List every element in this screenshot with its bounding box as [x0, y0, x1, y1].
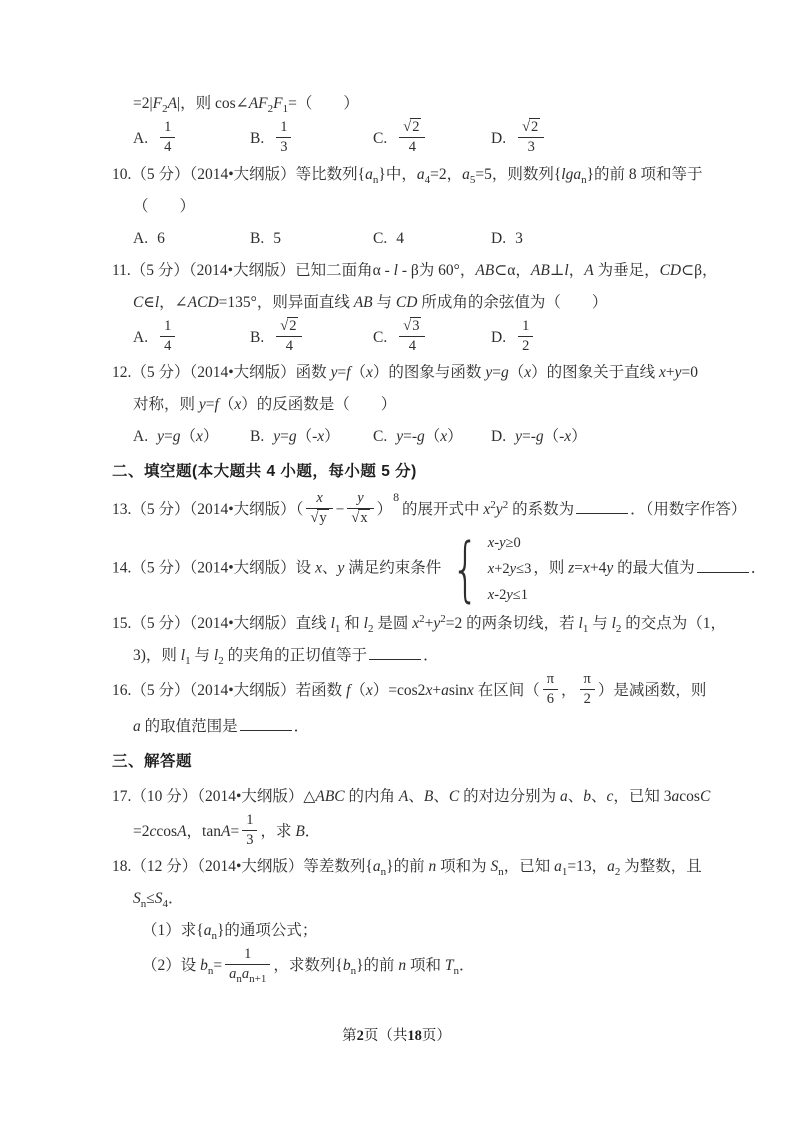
- text-run: 满足约束条件: [344, 560, 441, 577]
- option-b: B.5: [250, 223, 373, 255]
- text-run: =5，则数列{: [475, 166, 561, 183]
- text-run: sin: [449, 682, 467, 699]
- fraction: 13: [276, 118, 291, 157]
- text-run: =: [230, 823, 239, 840]
- text-run: ≤3: [516, 561, 531, 577]
- fraction-denominator: 4: [160, 138, 175, 157]
- text-run: ）: [324, 421, 340, 453]
- math-var-base: a: [373, 858, 381, 875]
- q14-line-1: 14.（5 分）（2014•大纲版）设 x、y 满足约束条件{x-y≥0x+2y…: [112, 530, 763, 608]
- fraction-denominator: 4: [276, 337, 302, 356]
- text-run: ）是减函数，则: [598, 682, 707, 699]
- math-var: C: [449, 788, 459, 805]
- text-run: =: [574, 560, 583, 577]
- text-run: 为垂足，: [594, 262, 660, 279]
- footer-text: 页）: [422, 1028, 451, 1044]
- math-var: x: [564, 421, 571, 453]
- math-var: F2: [258, 95, 273, 112]
- text-run: }中，: [378, 166, 416, 183]
- fraction-denominator: 3: [518, 138, 544, 157]
- footer-text: 页（共: [364, 1028, 408, 1044]
- math-var: b: [583, 788, 591, 805]
- math-var: an: [204, 922, 217, 939]
- fraction-numerator: π: [580, 670, 595, 690]
- fraction: √24: [399, 118, 425, 157]
- text-run: 6: [157, 223, 165, 255]
- text-run: 6: [547, 691, 554, 707]
- text-run: 12.（5 分）（2014•大纲版）函数: [112, 364, 331, 381]
- text-run: }的前: [356, 957, 398, 974]
- text-run: =2: [133, 823, 150, 840]
- radical: √3: [403, 317, 421, 334]
- math-var-base: T: [445, 957, 454, 974]
- option-a: A.y=g（x）: [133, 421, 250, 453]
- math-var: ABC: [315, 788, 344, 805]
- radicand: x: [358, 509, 369, 526]
- option-label: C.: [373, 123, 387, 155]
- math-var: x: [196, 421, 203, 453]
- option-c: C.√34: [373, 319, 491, 358]
- math-var: g: [173, 421, 181, 453]
- fraction-denominator: 6: [543, 690, 558, 709]
- option-d: D.y=-g（-x）: [491, 421, 587, 453]
- text-run: 、: [322, 560, 338, 577]
- text-run: （: [180, 421, 196, 453]
- math-var: x: [659, 364, 666, 381]
- math-var: A: [249, 95, 258, 112]
- option-label: C.: [373, 322, 387, 354]
- fraction: y√x: [347, 489, 373, 528]
- text-run: 的展开式中: [398, 501, 483, 518]
- option-d: D.√23: [491, 120, 547, 159]
- text-run: ≤1: [513, 587, 528, 603]
- text-run: （: [509, 364, 525, 381]
- math-var: an: [373, 858, 386, 875]
- fraction-numerator: 1: [518, 317, 533, 337]
- answer-blank: [576, 498, 628, 514]
- text-run: 14.（5 分）（2014•大纲版）设: [112, 560, 315, 577]
- math-var: AB: [531, 262, 550, 279]
- math-var: l1: [331, 615, 341, 632]
- math-var-base: b: [200, 957, 208, 974]
- text-run: ．: [168, 890, 184, 907]
- option-label: B.: [250, 123, 264, 155]
- text-run: ）的反函数是（ ）: [241, 396, 396, 413]
- math-var: g: [417, 421, 425, 453]
- answer-blank: [369, 644, 421, 660]
- fraction-numerator: √3: [399, 317, 425, 337]
- radicand: 3: [410, 317, 421, 334]
- text-run: 4: [409, 139, 416, 155]
- math-var: x: [467, 682, 474, 699]
- fraction: 12: [518, 317, 533, 356]
- text-run: =13，: [567, 858, 607, 875]
- fraction: x√y: [306, 489, 332, 528]
- math-var: F1: [273, 95, 288, 112]
- text-run: =: [280, 421, 289, 453]
- math-var: a2: [607, 858, 620, 875]
- text-run: 10.（5 分）（2014•大纲版）等比数列{: [112, 166, 365, 183]
- text-run: ）: [571, 421, 587, 453]
- radicand: 2: [287, 317, 298, 334]
- text-run: 三、解答题: [112, 753, 192, 770]
- math-var: x: [317, 421, 324, 453]
- text-run: ．: [423, 647, 439, 664]
- text-run: 4: [286, 338, 293, 354]
- text-run: 3: [280, 139, 287, 155]
- fraction-numerator: 1: [160, 118, 175, 138]
- text-run: （: [351, 364, 367, 381]
- q17-line-2: =2ccosA，tanA=13，求 B．: [133, 813, 763, 852]
- radical-sign: √: [522, 119, 529, 135]
- text-run: =: [206, 396, 215, 413]
- text-run: ，∠: [159, 294, 188, 311]
- fraction-numerator: √2: [276, 317, 302, 337]
- radicand: 2: [410, 118, 421, 135]
- option-d: D.12: [491, 319, 536, 358]
- text-run: ，求数列{: [273, 957, 342, 974]
- text-run: ，求: [260, 823, 295, 840]
- q11-line-2: C∈l，∠ACD=135°，则异面直线 AB 与 CD 所成角的余弦值为（ ）: [133, 287, 763, 319]
- text-run: ．: [459, 957, 475, 974]
- math-var: an: [229, 966, 242, 982]
- text-run: }的前: [386, 858, 428, 875]
- fraction-denominator: 3: [242, 831, 257, 850]
- math-var: x: [440, 421, 447, 453]
- fraction-denominator: anan+1: [225, 965, 270, 984]
- math-var: y2: [433, 615, 445, 632]
- text-run: cos: [156, 823, 177, 840]
- math-var: an: [365, 166, 378, 183]
- fraction: √34: [399, 317, 425, 356]
- fraction-denominator: 2: [580, 690, 595, 709]
- fraction-numerator: √2: [399, 118, 425, 138]
- math-var: x: [366, 682, 373, 699]
- text-run: π: [584, 671, 591, 687]
- option-b: B.13: [250, 120, 373, 159]
- text-run: 5: [273, 223, 281, 255]
- text-run: 4: [164, 139, 171, 155]
- math-var: l1: [579, 615, 589, 632]
- total-pages: 18: [407, 1028, 422, 1044]
- math-var: Tn: [445, 957, 459, 974]
- text-run: 2: [584, 691, 591, 707]
- text-run: =: [213, 957, 222, 974]
- math-var: x: [583, 560, 590, 577]
- answer-blank: [240, 715, 292, 731]
- text-run: （1）求{: [142, 922, 204, 939]
- option-label: D.: [491, 421, 506, 453]
- fraction-numerator: √2: [518, 118, 544, 138]
- text-run: 的系数为: [508, 501, 574, 518]
- text-run: 18.（12 分）（2014•大纲版）等差数列{: [112, 858, 373, 875]
- text-run: ，已知: [504, 858, 554, 875]
- text-run: −: [336, 501, 345, 518]
- text-run: 的对边分别为: [459, 788, 560, 805]
- text-run: ，: [569, 262, 585, 279]
- text-run: 3: [515, 223, 523, 255]
- text-run: ．: [294, 718, 310, 735]
- text-run: ）的图象关于直线: [531, 364, 659, 381]
- math-var: an+1: [242, 966, 266, 982]
- fraction-numerator: 1: [225, 945, 270, 965]
- math-var: C: [700, 788, 710, 805]
- option-label: D.: [491, 123, 506, 155]
- text-run: ，: [561, 682, 577, 699]
- math-var: AB: [475, 262, 494, 279]
- q10-line-2: （ ）: [133, 191, 763, 223]
- math-var: Sn: [133, 890, 146, 907]
- math-var-base: F: [258, 95, 267, 112]
- text-run: 15.（5 分）（2014•大纲版）直线: [112, 615, 331, 632]
- option-c: C.√24: [373, 120, 491, 159]
- math-var: l2: [214, 647, 224, 664]
- text-run: +2: [494, 561, 509, 577]
- text-run: - β为 60°，: [398, 262, 475, 279]
- math-var: a: [441, 682, 449, 699]
- section-2-heading: 二、填空题(本大题共 4 小题，每小题 5 分): [112, 455, 763, 489]
- fraction-numerator: 1: [276, 118, 291, 138]
- text-run: （: [425, 421, 441, 453]
- fraction-denominator: √x: [347, 509, 373, 528]
- math-var: B: [424, 788, 433, 805]
- text-run: 3: [246, 832, 253, 848]
- text-run: ）=cos2: [373, 682, 426, 699]
- text-run: =: [492, 364, 501, 381]
- option-label: B.: [250, 322, 264, 354]
- math-var-base: S: [133, 890, 141, 907]
- text-run: +4: [590, 560, 607, 577]
- text-run: +: [666, 364, 675, 381]
- math-var: y: [675, 364, 682, 381]
- text-run: 4: [409, 338, 416, 354]
- option-label: A.: [133, 322, 148, 354]
- math-var: y: [515, 421, 522, 453]
- text-run: 在区间（: [474, 682, 540, 699]
- option-b: B.√24: [250, 319, 373, 358]
- q10-line-1: 10.（5 分）（2014•大纲版）等比数列{an}中，a4=2，a5=5，则数…: [112, 159, 763, 191]
- text-run: =2，: [430, 166, 462, 183]
- fraction: π6: [543, 670, 558, 709]
- text-run: 1: [244, 946, 251, 962]
- q16-line-2: a 的取值范围是．: [133, 711, 763, 743]
- math-var: CD: [660, 262, 682, 279]
- q18-item-1: （1）求{an}的通项公式；: [142, 915, 763, 947]
- option-label: A.: [133, 421, 148, 453]
- q15-line-2: 3)，则 l1 与 l2 的夹角的正切值等于．: [133, 640, 763, 672]
- text-run: 11.（5 分）（2014•大纲版）已知二面角α -: [112, 262, 394, 279]
- math-var: A: [168, 95, 177, 112]
- text-run: 4: [164, 338, 171, 354]
- math-var: x: [315, 560, 322, 577]
- text-run: ∈: [143, 294, 154, 311]
- text-run: 的取值范围是: [141, 718, 238, 735]
- exam-page-content: =2|F2A|，则 cos∠AF2F1=（ ）A.14B.13C.√24D.√2…: [0, 0, 793, 986]
- text-run: ．: [751, 560, 767, 577]
- page-number: 2: [357, 1028, 364, 1044]
- fraction-denominator: 3: [276, 138, 291, 157]
- text-run: 与: [373, 294, 396, 311]
- math-var: bn: [200, 957, 213, 974]
- text-run: +: [432, 682, 441, 699]
- math-var-base: y: [496, 501, 503, 518]
- text-run: 的交点为（1，: [621, 615, 726, 632]
- option-label: C.: [373, 421, 387, 453]
- fraction-numerator: π: [543, 670, 558, 690]
- q12-line-1: 12.（5 分）（2014•大纲版）函数 y=f（x）的图象与函数 y=g（x）…: [112, 357, 763, 389]
- fraction-numerator: 1: [160, 317, 175, 337]
- math-var: a4: [417, 166, 430, 183]
- math-var-base: a: [365, 166, 373, 183]
- text-run: 项和: [406, 957, 445, 974]
- radical: √2: [403, 118, 421, 135]
- math-var: A: [399, 788, 408, 805]
- text-run: 1: [164, 318, 171, 334]
- text-run: 与: [588, 615, 611, 632]
- text-run: 的夹角的正切值等于: [224, 647, 367, 664]
- q11-options: A.14B.√24C.√34D.12: [133, 319, 763, 358]
- text-run: |，则 cos∠: [177, 95, 249, 112]
- text-run: =0: [682, 364, 699, 381]
- text-run: ）: [203, 421, 219, 453]
- math-var: y: [273, 421, 280, 453]
- q13-line-1: 13.（5 分）（2014•大纲版）（x√y−y√x）8 的展开式中 x2y2 …: [112, 491, 763, 530]
- system-row: x-2y≤1: [488, 582, 532, 608]
- text-run: ．: [305, 823, 321, 840]
- option-label: D.: [491, 322, 506, 354]
- math-var: x: [366, 364, 373, 381]
- text-run: ，tan: [187, 823, 221, 840]
- radical: √y: [310, 509, 328, 526]
- text-run: }的通项公式；: [217, 922, 317, 939]
- math-var: l2: [612, 615, 622, 632]
- math-var: A: [584, 262, 593, 279]
- text-run: π: [547, 671, 554, 687]
- q18-line-2: Sn≤S4．: [133, 883, 763, 915]
- math-var: bn: [343, 957, 356, 974]
- math-var: y: [396, 421, 403, 453]
- text-run: 、: [568, 788, 584, 805]
- text-run: 的内角: [345, 788, 399, 805]
- text-run: 16.（5 分）（2014•大纲版）若函数: [112, 682, 346, 699]
- text-run: =（ ）: [288, 95, 359, 112]
- text-run: 3: [528, 139, 535, 155]
- text-run: ）: [447, 421, 463, 453]
- text-run: ⊂β，: [681, 262, 717, 279]
- math-subscript: n+1: [249, 973, 266, 985]
- text-run: 13.（5 分）（2014•大纲版）（: [112, 501, 303, 518]
- option-b: B.y=g（-x）: [250, 421, 373, 453]
- text-run: 4: [396, 223, 404, 255]
- math-var: a: [133, 718, 141, 735]
- text-run: 、: [591, 788, 607, 805]
- math-var-base: a: [462, 166, 470, 183]
- text-run: （2）设: [142, 957, 200, 974]
- fraction-denominator: 4: [399, 337, 425, 356]
- text-run: 是圆: [373, 615, 412, 632]
- option-label: A.: [133, 123, 148, 155]
- math-var-base: a: [417, 166, 425, 183]
- text-run: ⊥: [550, 262, 565, 279]
- math-var-base: a: [554, 858, 562, 875]
- q12-options: A.y=g（x）B.y=g（-x）C.y=-g（x）D.y=-g（-x）: [133, 421, 763, 453]
- math-var: y2: [496, 501, 508, 518]
- fraction-numerator: x: [306, 489, 332, 509]
- math-var: B: [295, 823, 304, 840]
- text-run: 对称，则: [133, 396, 199, 413]
- math-var-base: F: [273, 95, 282, 112]
- text-run: 所成角的余弦值为（ ）: [417, 294, 607, 311]
- system-row: x-y≥0: [488, 530, 532, 556]
- math-var-base: lga: [561, 166, 581, 183]
- math-var: a1: [554, 858, 567, 875]
- option-label: D.: [491, 223, 506, 255]
- math-var: ACD: [188, 294, 219, 311]
- fraction: π2: [580, 670, 595, 709]
- option-label: C.: [373, 223, 387, 255]
- fraction-denominator: 2: [518, 337, 533, 356]
- text-run: （: [350, 682, 366, 699]
- text-run: （-: [297, 421, 318, 453]
- option-label: B.: [250, 223, 264, 255]
- radical: √2: [280, 317, 298, 334]
- text-run: ）的图象与函数: [373, 364, 485, 381]
- section-3-heading: 三、解答题: [112, 745, 763, 779]
- text-run: =: [337, 364, 346, 381]
- q12-line-2: 对称，则 y=f（x）的反函数是（ ）: [133, 389, 763, 421]
- option-a: A.14: [133, 319, 250, 358]
- math-var-base: a: [607, 858, 615, 875]
- text-run: 1: [280, 119, 287, 135]
- math-var: a5: [462, 166, 475, 183]
- fraction: 13: [242, 811, 257, 850]
- q10-options: A.6B.5C.4D.3: [133, 223, 763, 255]
- math-var: y: [199, 396, 206, 413]
- left-brace: {: [452, 538, 480, 601]
- page-footer: 第2页（共18页）: [0, 1024, 793, 1045]
- text-run: （-: [544, 421, 565, 453]
- math-var-base: b: [343, 957, 351, 974]
- fraction-denominator: 4: [399, 138, 425, 157]
- math-var: y: [157, 421, 164, 453]
- fraction-numerator: y: [347, 489, 373, 509]
- q18-item-2: （2）设 bn=1anan+1，求数列{bn}的前 n 项和 Tn．: [142, 947, 763, 986]
- text-run: =-: [522, 421, 536, 453]
- fraction: 14: [160, 118, 175, 157]
- text-run: -2: [494, 587, 506, 603]
- math-var-base: S: [155, 890, 163, 907]
- fraction: √24: [276, 317, 302, 356]
- radicand: 2: [529, 118, 540, 135]
- text-run: （ ）: [133, 198, 195, 215]
- text-run: =2 的两条切线，若: [446, 615, 579, 632]
- text-run: ，则: [533, 560, 568, 577]
- answer-blank: [697, 557, 749, 573]
- q9-continuation: =2|F2A|，则 cos∠AF2F1=（ ）: [133, 88, 763, 120]
- q9-options: A.14B.13C.√24D.√23: [133, 120, 763, 159]
- math-var: g: [536, 421, 544, 453]
- option-a: A.6: [133, 223, 250, 255]
- fraction: 14: [160, 317, 175, 356]
- text-run: ≤: [146, 890, 155, 907]
- math-var: AB: [354, 294, 373, 311]
- footer-text: 第: [342, 1028, 357, 1044]
- inequality-system: {x-y≥0x+2y≤3x-2y≤1: [443, 530, 531, 608]
- option-label: A.: [133, 223, 148, 255]
- math-var: lgan: [561, 166, 586, 183]
- text-run: 2: [522, 338, 529, 354]
- math-var: S4: [155, 890, 168, 907]
